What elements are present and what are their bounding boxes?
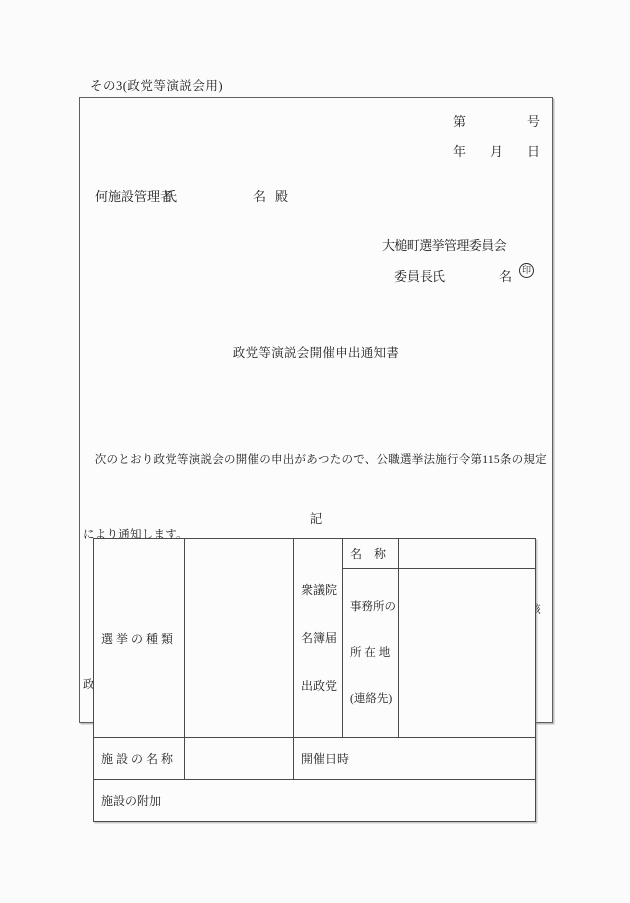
seal-char: 印 xyxy=(522,266,531,275)
sender-chair-label: 委員長 xyxy=(394,266,433,285)
date-month-label: 月 xyxy=(490,141,503,160)
event-datetime-cell: 開催日時 xyxy=(294,738,536,780)
office-label-line1: 事務所の xyxy=(350,599,398,615)
ki-heading: 記 xyxy=(80,509,552,527)
addressee-manager-label: 何施設管理者 xyxy=(95,186,173,205)
doc-number-suffix: 号 xyxy=(527,111,540,130)
document-title: 政党等演説会開催申出通知書 xyxy=(80,343,552,361)
party-name-label-cell: 名 称 xyxy=(343,539,399,569)
date-year-label: 年 xyxy=(453,141,466,160)
application-details-table: 選 挙 の 種 類 衆議院 名簿届 出政党 名 称 事務所の 所 在 地 (連絡… xyxy=(93,538,536,822)
election-type-value-cell xyxy=(185,539,294,738)
addressee-given-name-label: 名 xyxy=(253,186,266,205)
addressee-family-name-label: 氏 xyxy=(164,186,177,205)
document-frame: 第 号 年 月 日 何施設管理者 氏 名 殿 大槌町選挙管理委員会 委員長 氏 … xyxy=(79,97,553,723)
office-address-value-cell xyxy=(399,569,536,738)
office-address-label-cell: 事務所の 所 在 地 (連絡先) xyxy=(343,569,399,738)
scanned-form-page: その3(政党等演説会用) 第 号 年 月 日 何施設管理者 氏 名 殿 大槌町選… xyxy=(0,0,630,903)
date-day-label: 日 xyxy=(527,141,540,160)
paragraph1-line1: 次のとおり政党等演説会の開催の申出があつたので、公職選挙法施行令第115条の規定 xyxy=(83,448,549,473)
election-type-label-cell: 選 挙 の 種 類 xyxy=(94,539,185,738)
party-label-line2: 名簿届 xyxy=(301,629,342,647)
seal-icon: 印 xyxy=(519,263,534,278)
facility-extra-cell: 施設の附加 xyxy=(94,780,536,822)
sender-family-name-label: 氏 xyxy=(432,266,445,285)
facility-name-value-cell xyxy=(185,738,294,780)
sender-organization: 大槌町選挙管理委員会 xyxy=(382,235,506,254)
office-label-line3: (連絡先) xyxy=(350,691,398,707)
party-list-label-cell: 衆議院 名簿届 出政党 xyxy=(294,539,343,738)
sender-given-name-label: 名 xyxy=(499,266,512,285)
party-label-line3: 出政党 xyxy=(301,677,342,695)
party-label-line1: 衆議院 xyxy=(301,581,342,599)
form-variant-label: その3(政党等演説会用) xyxy=(90,76,223,94)
facility-name-label-cell: 施 設 の 名 称 xyxy=(94,738,185,780)
office-label-line2: 所 在 地 xyxy=(350,645,398,661)
addressee-honorific: 殿 xyxy=(275,186,288,205)
party-name-value-cell xyxy=(399,539,536,569)
doc-number-prefix: 第 xyxy=(453,111,466,130)
